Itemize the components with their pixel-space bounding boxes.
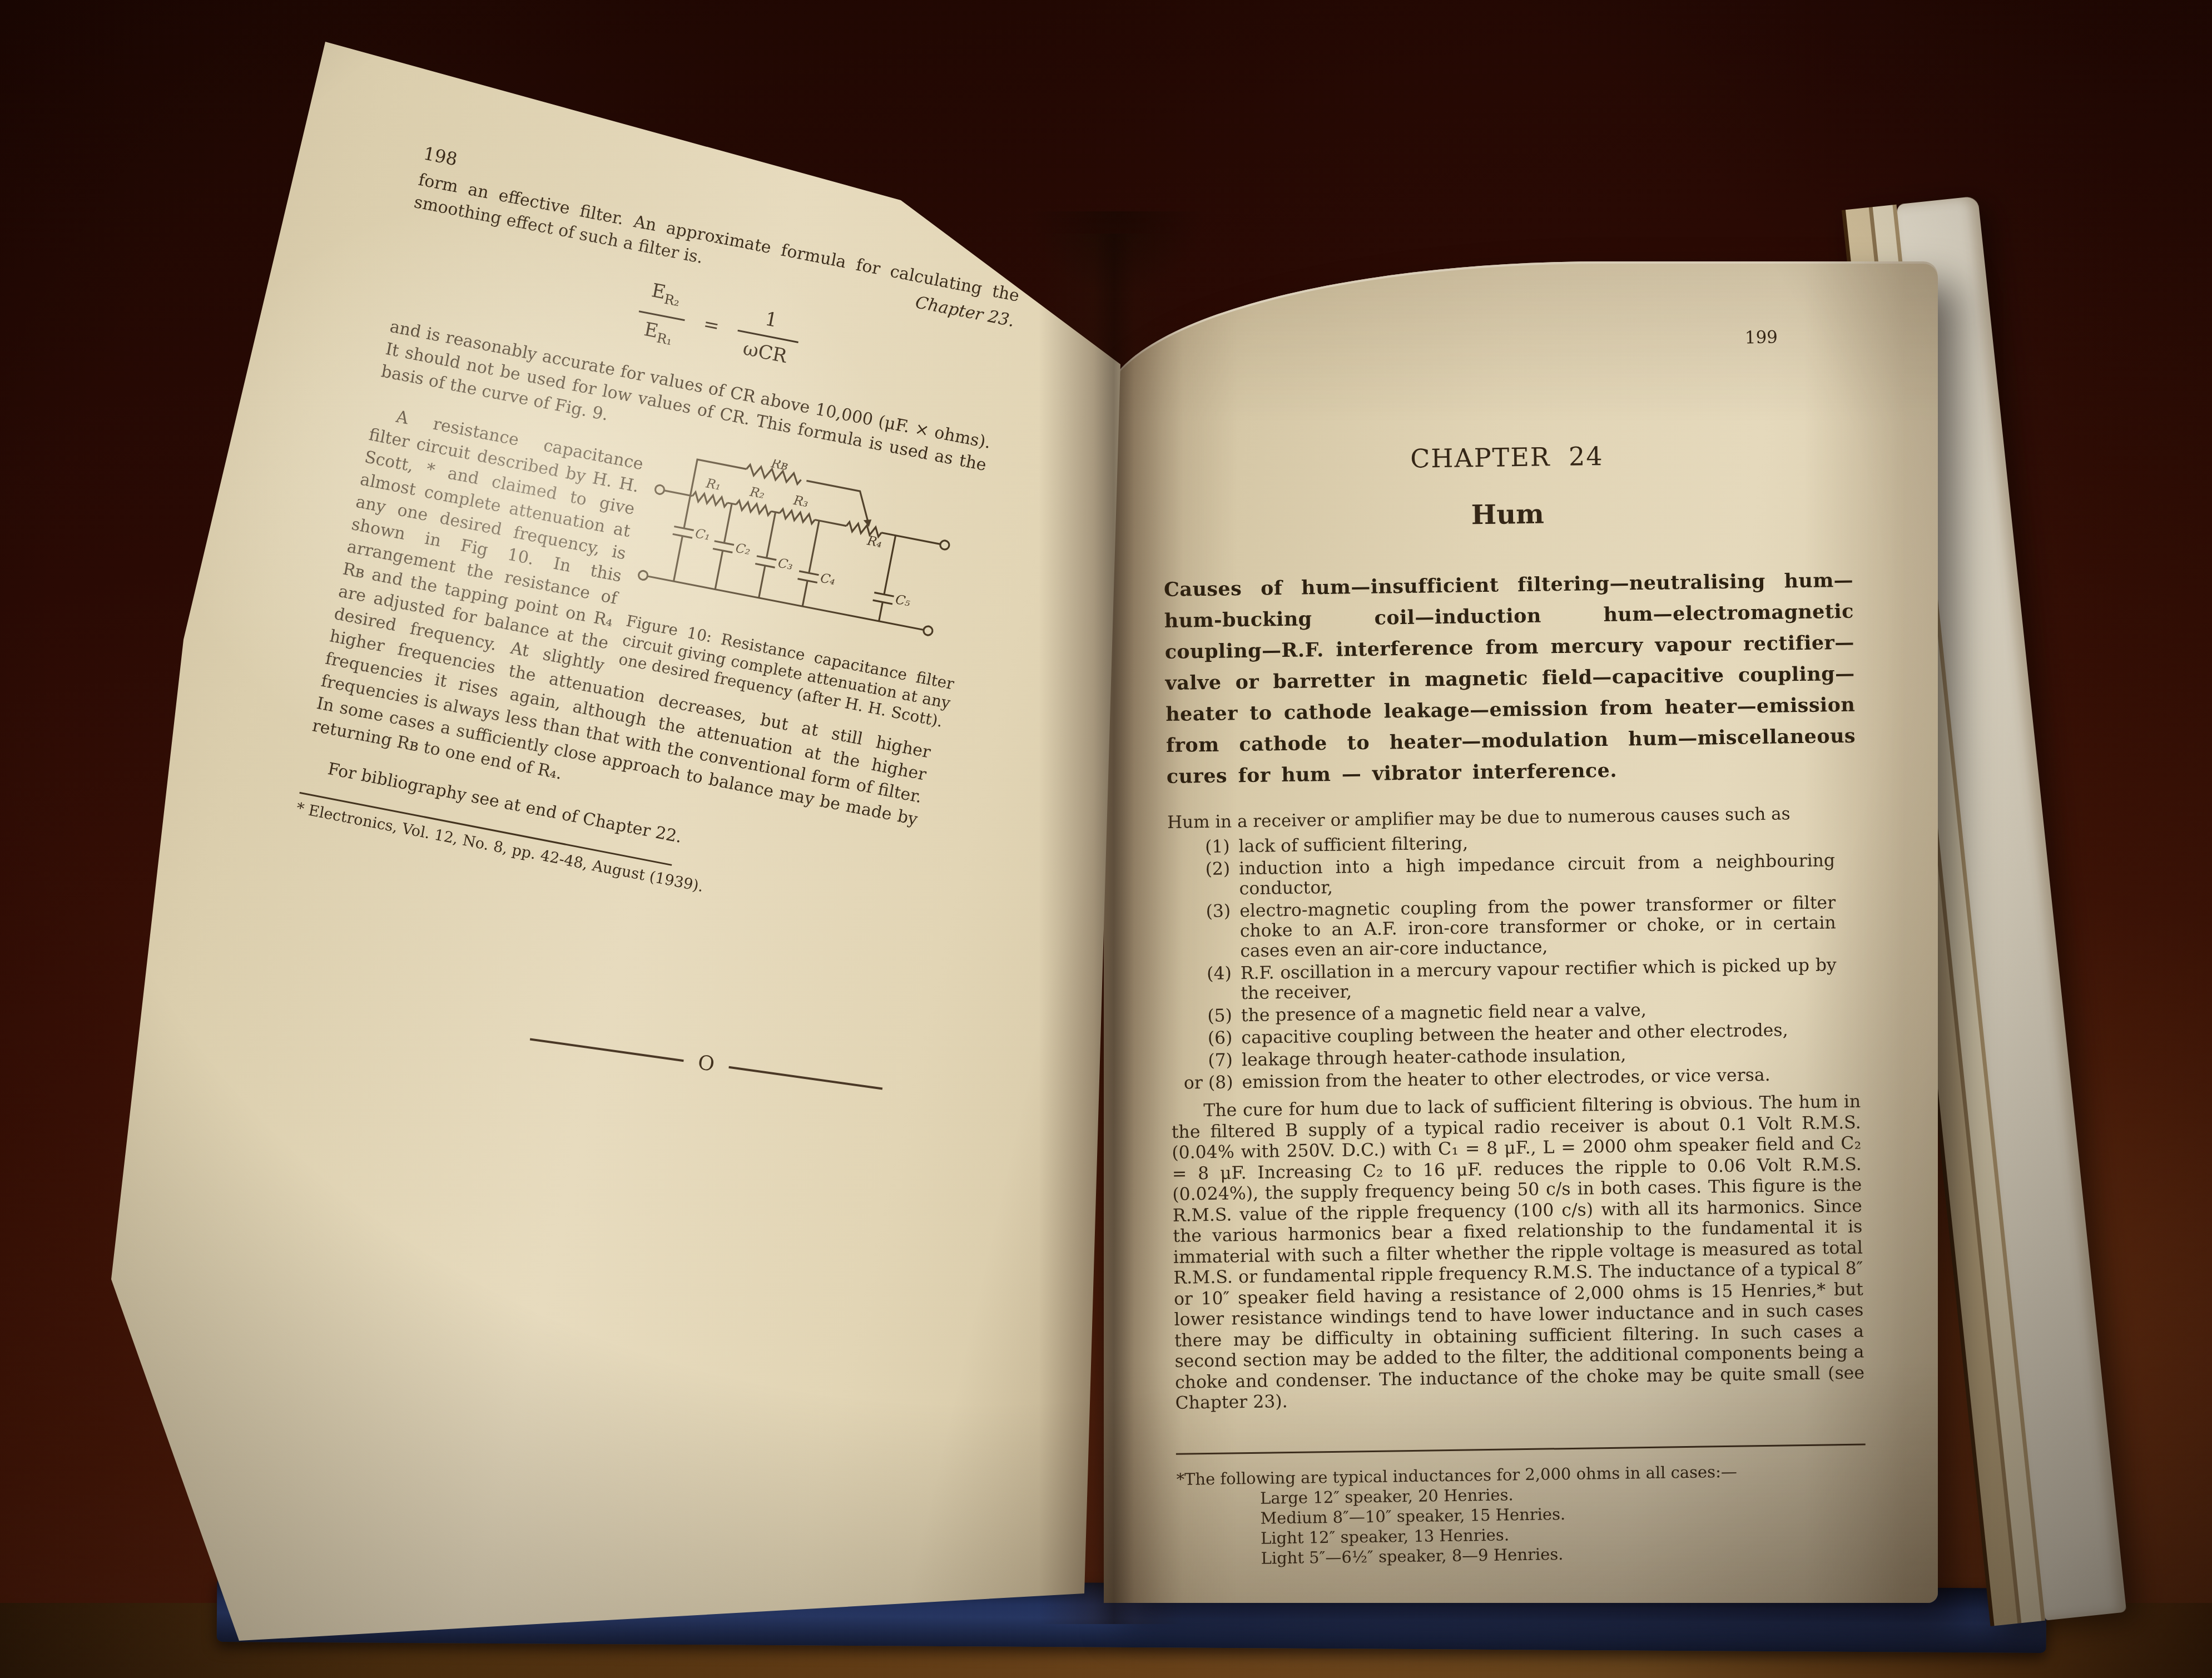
label-c4: C₄ [819, 571, 836, 588]
list-item-number: (4) [1169, 963, 1241, 1004]
input-terminal-icon [638, 570, 648, 581]
capacitor-c3 [749, 510, 785, 600]
causes-list: (1) lack of sufficient filtering, (2) in… [1167, 828, 1860, 1093]
list-item-number: (2) [1168, 859, 1239, 900]
wire [801, 481, 873, 521]
resistor-r1 [692, 492, 728, 507]
causes-intro: Hum in a receiver or amplifier may be du… [1167, 803, 1857, 833]
page-number: 199 [1160, 326, 1850, 356]
book-photo: 199 CHAPTER 24 Hum Causes of hum—insuffi… [0, 0, 2212, 1678]
formula-fraction-right: 1 ωCR [732, 303, 804, 370]
list-item-number: (1) [1167, 836, 1238, 858]
list-item-number: (5) [1170, 1006, 1241, 1027]
equals-sign: = [701, 313, 721, 338]
formula-fraction-left: ER₂ ER₁ [632, 278, 691, 353]
footnote: *The following are typical inductances f… [1176, 1459, 1867, 1569]
left-page-content: 198 Chapter 23. form an effective filter… [215, 95, 1033, 949]
list-item-number: (7) [1171, 1050, 1242, 1071]
resistor-r3 [779, 508, 816, 524]
left-page: 198 Chapter 23. form an effective filter… [83, 33, 1151, 1669]
label-c1: C₁ [694, 526, 711, 543]
list-item-text: electro-magnetic coupling from the power… [1239, 893, 1858, 962]
chapter-heading: CHAPTER 24 [1162, 438, 1852, 477]
wire [664, 490, 692, 496]
label-r3: R₃ [792, 493, 810, 510]
label-r1: R₁ [705, 476, 722, 493]
divider-ornament: O [697, 1053, 716, 1075]
list-item-number: (6) [1170, 1028, 1241, 1049]
footnote-rule [1176, 1443, 1866, 1454]
list-item: (3) electro-magnetic coupling from the p… [1168, 893, 1858, 962]
list-item-number: or (8) [1171, 1072, 1242, 1093]
list-item: (2) induction into a high impedance circ… [1168, 850, 1858, 900]
right-page: 199 CHAPTER 24 Hum Causes of hum—insuffi… [1104, 261, 1938, 1603]
wire [881, 532, 940, 544]
right-page-content: 199 CHAPTER 24 Hum Causes of hum—insuffi… [1104, 256, 1956, 1570]
list-item: (4) R.F. oscillation in a mercury vapour… [1169, 955, 1859, 1004]
label-c2: C₂ [735, 541, 752, 558]
chapter-title: Hum [1163, 494, 1853, 536]
input-terminal-icon [654, 484, 665, 495]
chapter-summary: Causes of hum—insufficient filtering—neu… [1164, 565, 1856, 793]
output-terminal-icon [923, 625, 934, 636]
label-c3: C₃ [777, 556, 794, 573]
list-item-number: (3) [1168, 901, 1240, 962]
list-item-text: R.F. oscillation in a mercury vapour rec… [1241, 955, 1859, 1004]
page-number: 198 [421, 142, 459, 171]
label-r4: R₄ [865, 533, 883, 551]
cure-paragraph: The cure for hum due to lack of sufficie… [1171, 1092, 1865, 1414]
resistor-r2 [735, 500, 772, 516]
label-r2: R₂ [748, 484, 766, 502]
label-c5: C₅ [894, 592, 911, 610]
output-terminal-icon [940, 539, 950, 550]
list-item-text: induction into a high impedance circuit … [1239, 850, 1858, 899]
capacitor-c4 [793, 518, 829, 608]
